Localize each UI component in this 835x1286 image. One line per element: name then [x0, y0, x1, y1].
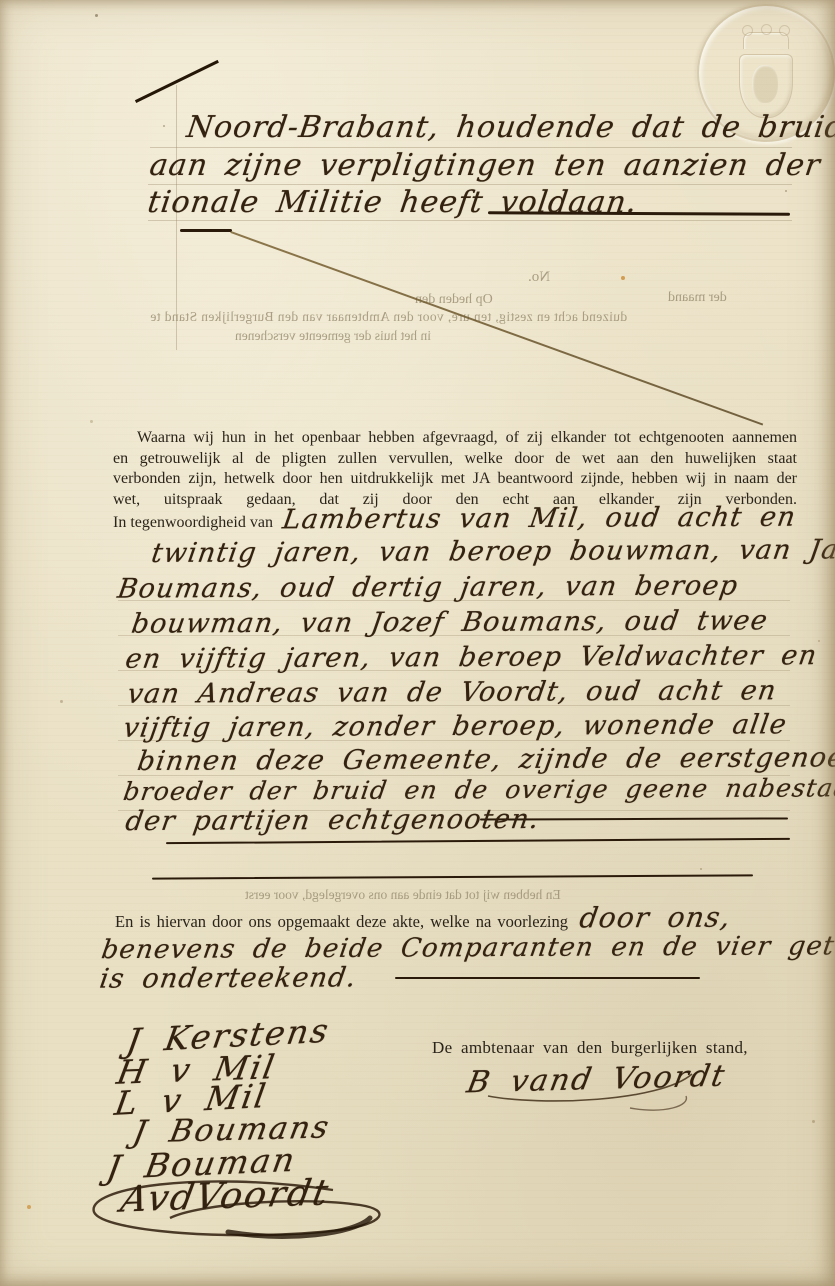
handwritten-note-line-3: tionale Militie heeft voldaan. [146, 185, 640, 220]
lead-line: In tegenwoordigheid van Lambertus van Mi… [113, 503, 796, 534]
ink-speck [812, 1120, 815, 1123]
signature-flourish [78, 1168, 438, 1258]
writing-guide-line [148, 220, 792, 221]
printed-lead-text: In tegenwoordigheid van [113, 514, 273, 532]
ink-speck [60, 700, 63, 703]
official-title: De ambtenaar van den burgerlijken stand, [432, 1038, 748, 1058]
ink-speck [621, 276, 625, 280]
handwritten-witness-line: twintig jaren, van beroep bouwman, van J… [149, 534, 835, 569]
handwritten-witness-line: der partijen echtgenooten. [123, 804, 541, 837]
handwritten-note-line-2: aan zijne verpligtingen ten aanzien der … [148, 148, 835, 183]
ink-speck [27, 1205, 31, 1209]
seal-shield-shape [739, 54, 793, 118]
ink-speck [163, 125, 165, 127]
closing-line: En is hiervan door ons opgemaakt deze ak… [115, 901, 731, 934]
seal-lion-shape [752, 65, 778, 103]
handwritten-closing-line-2: benevens de beide Comparanten en de vier… [99, 931, 835, 965]
official-signature-flourish [480, 1062, 700, 1112]
filler-rule [395, 977, 700, 979]
printed-closing-text: En is hiervan door ons opgemaakt deze ak… [115, 912, 568, 932]
bleedthrough-line3: duizend acht en zestig, ten ure, voor de… [150, 309, 627, 325]
ink-speck [700, 868, 702, 870]
bleedthrough-line4: in het huis der gemeente verschenen [235, 328, 431, 344]
handwritten-witness-line: broeder der bruid en de overige geene na… [121, 773, 835, 806]
ink-speck [785, 190, 787, 192]
filler-rule [166, 838, 790, 844]
bleedthrough-der-maand: der maand [668, 290, 727, 306]
handwritten-witness-line: bouwman, van Jozef Boumans, oud twee [129, 605, 770, 639]
handwritten-witness-line: Boumans, oud dertig jaren, van beroep [115, 570, 740, 604]
handwritten-witness-line: binnen deze Gemeente, zijnde de eerstgen… [135, 742, 835, 777]
handwritten-witness-line: en vijftig jaren, van beroep Veldwachter… [123, 640, 819, 675]
handwritten-closing-line-3: is onderteekend. [98, 962, 359, 994]
handwritten-witness-line: vijftig jaren, zonder beroep, wonende al… [121, 709, 789, 743]
seal-crown-shape [743, 32, 789, 49]
handwritten-closing-inline: door ons, [577, 901, 733, 935]
filler-rule [152, 874, 753, 879]
ink-speck [95, 14, 98, 17]
cancellation-line-start [180, 229, 232, 232]
handwritten-witness-line: van Andreas van de Voordt, oud acht en [125, 675, 779, 709]
bleedthrough-op-heden: Op heden den [415, 292, 493, 308]
printed-paragraph: Waarna wij hun in het openbaar hebben af… [113, 428, 797, 510]
document-page: No. Op heden den der maand duizend acht … [0, 0, 835, 1286]
ink-speck [90, 420, 93, 423]
handwritten-note-line-1: Noord-Brabant, houdende dat de bruidegom [185, 110, 835, 145]
bleedthrough-no-label: No. [528, 269, 550, 286]
handwritten-witness-line: Lambertus van Mil, oud acht en [280, 502, 798, 536]
